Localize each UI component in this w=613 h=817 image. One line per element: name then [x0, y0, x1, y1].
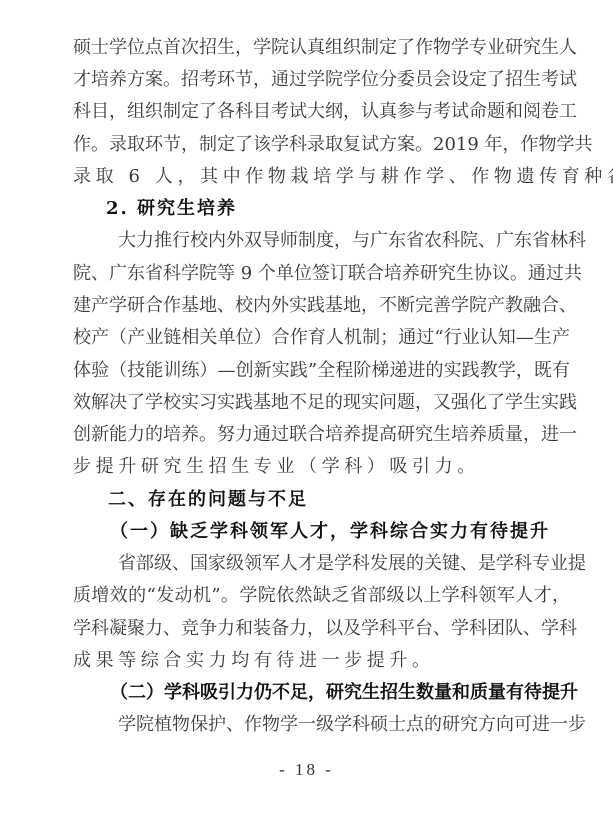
document-page: 硕士学位点首次招生，学院认真组织制定了作物学专业研究生人 才培养方案。招考环节，…	[0, 0, 613, 817]
body-text-line: 学科凝聚力、竞争力和装备力，以及学科平台、学科团队、学科	[73, 617, 570, 641]
page-number: - 18 -	[0, 760, 613, 780]
body-text-line: 省部级、国家级领军人才是学科发展的关键、是学科专业提	[118, 552, 570, 576]
section-heading: 2. 研究生培养	[106, 197, 558, 221]
subsection-heading: （二）学科吸引力仍不足，研究生招生数量和质量有待提升	[110, 681, 570, 705]
body-text-line: 校产（产业链相关单位）合作育人机制；通过“行业认知—生产	[73, 326, 570, 350]
body-text-line: 院、广东省科学院等 9 个单位签订联合培养研究生协议。通过共	[73, 262, 570, 286]
body-text-line: 硕士学位点首次招生，学院认真组织制定了作物学专业研究生人	[73, 36, 570, 60]
chapter-heading: 二、存在的问题与不足	[108, 488, 560, 512]
body-text-line: 质增效的“发动机”。学院依然缺乏省部级以上学科领军人才，	[73, 584, 570, 608]
body-text-line: 创新能力的培养。努力通过联合培养提高研究生培养质量，进一	[73, 423, 570, 447]
body-text-line: 建产学研合作基地、校内外实践基地，不断完善学院产教融合、	[73, 294, 570, 318]
body-text-line: 才培养方案。招考环节，通过学院学位分委员会设定了招生考试	[73, 68, 570, 92]
body-text-line: 成果等综合实力均有待进一步提升。	[73, 649, 570, 673]
body-text-line: 步提升研究生招生专业（学科）吸引力。	[73, 455, 570, 479]
body-text-line: 体验（技能训练）—创新实践”全程阶梯递进的实践教学，既有	[73, 359, 570, 383]
body-text-line: 科目，组织制定了各科目考试大纲，认真参与考试命题和阅卷工	[73, 100, 570, 124]
body-text-line: 学院植物保护、作物学一级学科硕士点的研究方向可进一步	[118, 713, 570, 737]
body-text-line: 录取 6 人，其中作物栽培学与耕作学、作物遗传育种各 3 人。	[73, 165, 570, 189]
body-text-line: 作。录取环节，制定了该学科录取复试方案。2019 年，作物学共	[73, 133, 570, 157]
subsection-heading: （一）缺乏学科领军人才，学科综合实力有待提升	[110, 520, 505, 544]
body-text-line: 大力推行校内外双导师制度，与广东省农科院、广东省林科	[118, 229, 570, 253]
body-text-line: 效解决了学校实习实践基地不足的现实问题，又强化了学生实践	[73, 391, 570, 415]
